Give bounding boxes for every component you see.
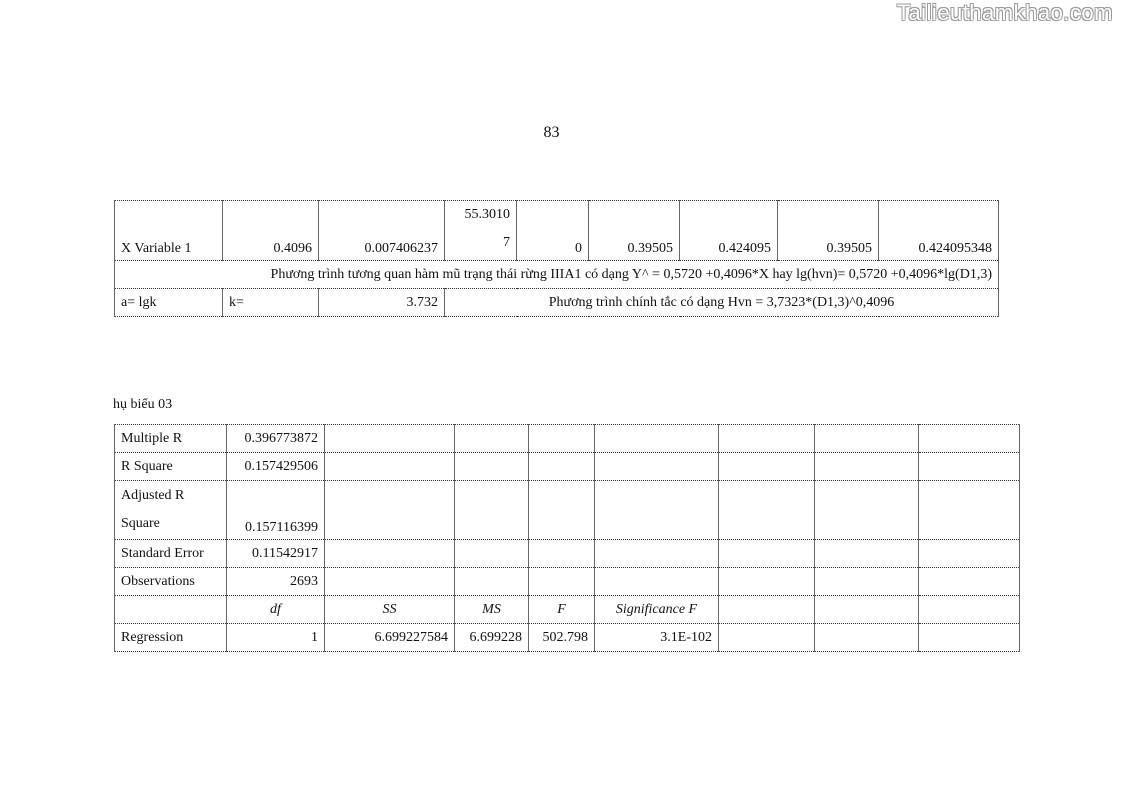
table-row: a= lgk k= 3.732 Phương trình chính tắc c… — [115, 289, 999, 317]
stat-value: 0.396773872 — [227, 425, 325, 453]
stat-label: Standard Error — [115, 540, 227, 568]
standard-error: 0.007406237 — [319, 201, 445, 261]
stat-value: 0.157429506 — [227, 453, 325, 481]
k-label: k= — [223, 289, 319, 317]
anova-header-blank — [115, 596, 227, 624]
t-stat-line1: 55.3010 — [465, 207, 511, 222]
t-stat-line2: 7 — [503, 235, 510, 250]
upper-95: 0.424095 — [680, 201, 778, 261]
upper-95-0: 0.424095348 — [879, 201, 999, 261]
stat-label: Adjusted RSquare — [115, 481, 227, 540]
stat-label: R Square — [115, 453, 227, 481]
header-ss: SS — [325, 596, 455, 624]
page-number: 83 — [0, 124, 1103, 142]
table-row: Regression 1 6.699227584 6.699228 502.79… — [115, 624, 1020, 652]
p-value: 0 — [517, 201, 589, 261]
table-row: Multiple R 0.396773872 — [115, 425, 1020, 453]
header-ms: MS — [455, 596, 529, 624]
k-value: 3.732 — [319, 289, 445, 317]
header-significance-f: Significance F — [595, 596, 719, 624]
table-row: Phương trình tương quan hàm mũ trạng thá… — [115, 261, 999, 289]
lower-95-0: 0.39505 — [778, 201, 879, 261]
table-row: Observations 2693 — [115, 568, 1020, 596]
header-f: F — [529, 596, 595, 624]
anova-label: Regression — [115, 624, 227, 652]
regression-coefficients-table: X Variable 1 0.4096 0.007406237 55.30107… — [114, 200, 999, 317]
watermark: Tailieuthamkhao.com — [897, 0, 1113, 26]
a-label: a= lgk — [115, 289, 223, 317]
anova-ms: 6.699228 — [455, 624, 529, 652]
table-row: Standard Error 0.11542917 — [115, 540, 1020, 568]
stat-value: 2693 — [227, 568, 325, 596]
lower-95: 0.39505 — [589, 201, 680, 261]
stat-value: 0.157116399 — [227, 481, 325, 540]
canonical-equation: Phương trình chính tắc có dạng Hvn = 3,7… — [445, 289, 999, 317]
anova-significance-f: 3.1E-102 — [595, 624, 719, 652]
coefficient: 0.4096 — [223, 201, 319, 261]
anova-df: 1 — [227, 624, 325, 652]
t-stat: 55.30107 — [445, 201, 517, 261]
regression-statistics-table: Multiple R 0.396773872 R Square 0.157429… — [114, 424, 1020, 652]
table-row: X Variable 1 0.4096 0.007406237 55.30107… — [115, 201, 999, 261]
table-row: Adjusted RSquare 0.157116399 — [115, 481, 1020, 540]
anova-header-row: df SS MS F Significance F — [115, 596, 1020, 624]
stat-label-line1: Adjusted R — [121, 488, 184, 503]
stat-label: Observations — [115, 568, 227, 596]
stat-value: 0.11542917 — [227, 540, 325, 568]
table-caption: hụ biểu 03 — [113, 397, 172, 413]
stat-label-line2: Square — [121, 516, 160, 531]
table-row: R Square 0.157429506 — [115, 453, 1020, 481]
stat-label: Multiple R — [115, 425, 227, 453]
header-df: df — [227, 596, 325, 624]
variable-label: X Variable 1 — [115, 201, 223, 261]
anova-ss: 6.699227584 — [325, 624, 455, 652]
equation-text: Phương trình tương quan hàm mũ trạng thá… — [115, 261, 999, 289]
anova-f: 502.798 — [529, 624, 595, 652]
